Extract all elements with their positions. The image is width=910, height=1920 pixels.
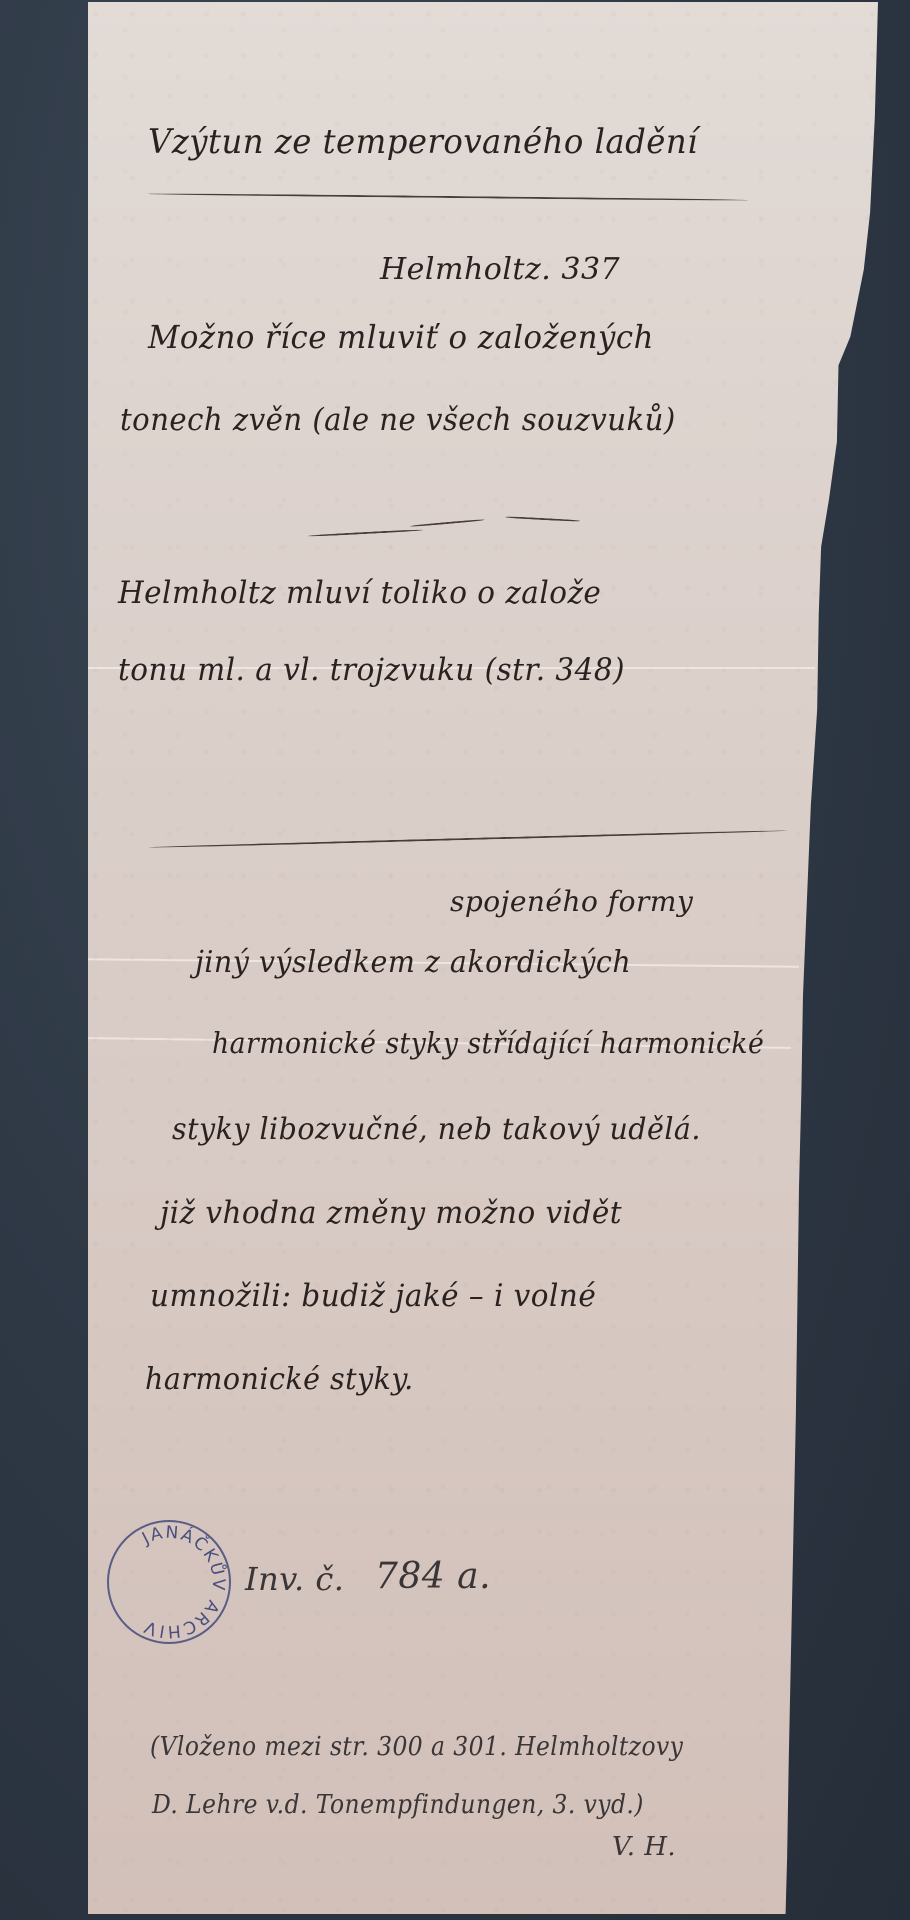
footnote-line2: D. Lehre v.d. Tonempfindungen, 3. vyd.) <box>152 1790 644 1820</box>
section2-line1: Helmholtz mluví toliko o založe <box>118 575 601 611</box>
footnote-line1: (Vloženo mezi str. 300 a 301. Helmholtzo… <box>150 1732 683 1762</box>
section1-line1: Možno říce mluviť o založených <box>148 318 654 356</box>
svg-text:JANÁČKŮV ARCHIV: JANÁČKŮV ARCHIV <box>138 1523 229 1642</box>
section3-line1: jiný výsledkem z akordických <box>195 945 631 980</box>
footnote-initials: V. H. <box>612 1832 676 1862</box>
section2-line2: tonu ml. a vl. trojzvuku (str. 348) <box>118 652 625 688</box>
manuscript-heading: Vzýtun ze temperovaného ladění <box>148 122 698 162</box>
section1-line2: tonech zvěn (ale ne všech souzvuků) <box>120 402 676 438</box>
section3-line6: harmonické styky. <box>145 1362 414 1397</box>
inventory-label: Inv. č. <box>245 1560 344 1598</box>
section3-line3: styky libozvučné, neb takový udělá. <box>172 1112 701 1147</box>
section3-line4: již vhodna změny možno vidět <box>160 1195 622 1231</box>
inventory-number: 784 a. <box>375 1556 491 1597</box>
section3-line2: harmonické styky střídající harmonické <box>212 1026 764 1060</box>
helmholtz-page-reference: Helmholtz. 337 <box>380 252 620 287</box>
stamp-text: JANÁČKŮV ARCHIV <box>138 1523 229 1642</box>
stamp-circle-icon: JANÁČKŮV ARCHIV <box>109 1522 229 1642</box>
archive-stamp: JANÁČKŮV ARCHIV <box>107 1520 231 1644</box>
insertion-above-line: spojeného formy <box>450 885 693 918</box>
section3-line5: umnožili: budiž jaké – i volné <box>150 1278 596 1314</box>
